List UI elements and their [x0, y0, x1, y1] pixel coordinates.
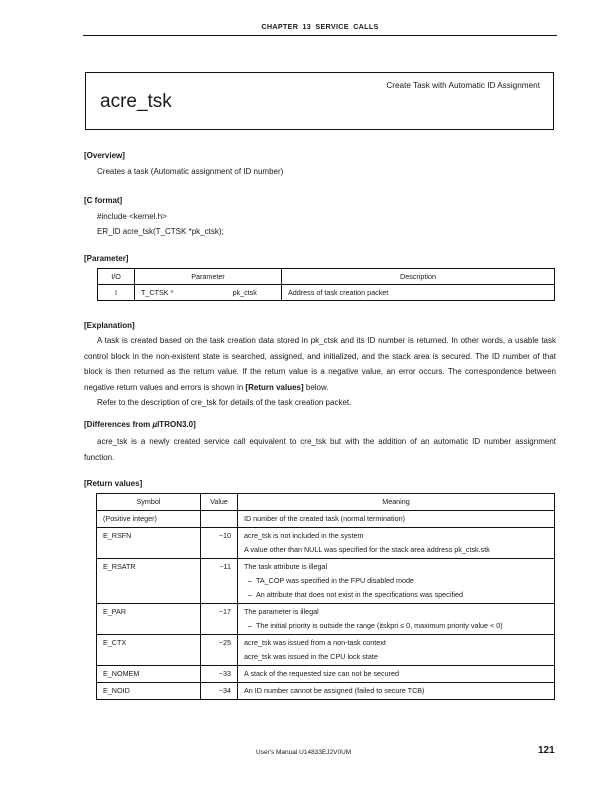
return-value: −10 [201, 528, 238, 559]
table-row: E_RSFN−10acre_tsk is not included in the… [97, 528, 555, 559]
explanation-paragraph-2: Refer to the description of cre_tsk for … [97, 395, 351, 411]
return-meaning: The task attribute is illegal– TA_COP wa… [238, 559, 555, 604]
meaning-line: acre_tsk was issued in the CPU lock stat… [244, 650, 548, 664]
differences-heading: [Differences from µITRON3.0] [84, 420, 196, 429]
return-values-heading: [Return values] [84, 479, 142, 488]
col-io: I/O [98, 269, 135, 285]
c-format-line-1: #include <kernel.h> [97, 209, 167, 225]
col-symbol: Symbol [97, 494, 201, 511]
param-type: T_CTSK * [141, 288, 173, 297]
table-row: E_PAR−17The parameter is illegal– The in… [97, 604, 555, 635]
header-rule [83, 35, 557, 36]
return-value: −17 [201, 604, 238, 635]
table-row: E_CTX−25acre_tsk was issued from a non-t… [97, 635, 555, 666]
footer-manual-id: User's Manual U14833EJ2V0UM [256, 749, 351, 756]
param-description: Address of task creation packet [282, 285, 555, 301]
meaning-line: An ID number cannot be assigned (failed … [244, 684, 548, 698]
meaning-bullet: – An attribute that does not exist in th… [244, 588, 548, 602]
return-symbol: (Positive integer) [97, 511, 201, 528]
meaning-line: A stack of the requested size can not be… [244, 667, 548, 681]
dash-bullet-icon: – [248, 576, 256, 585]
function-name: acre_tsk [100, 91, 172, 113]
return-meaning: acre_tsk was issued from a non-task cont… [238, 635, 555, 666]
meaning-bullet: – TA_COP was specified in the FPU disabl… [244, 574, 548, 588]
table-row: E_NOID−34An ID number cannot be assigned… [97, 683, 555, 700]
parameter-table-header: I/O Parameter Description [98, 269, 555, 285]
meaning-line: ID number of the created task (normal te… [244, 512, 548, 526]
return-value: −34 [201, 683, 238, 700]
explanation-paragraph-1: A task is created based on the task crea… [84, 333, 556, 395]
meaning-line: A value other than NULL was specified fo… [244, 543, 548, 557]
return-symbol: E_RSATR [97, 559, 201, 604]
return-values-table: Symbol Value Meaning (Positive integer)I… [96, 493, 555, 700]
explanation-heading: [Explanation] [84, 321, 135, 330]
meaning-line: The task attribute is illegal [244, 560, 548, 574]
return-value [201, 511, 238, 528]
parameter-table: I/O Parameter Description I T_CTSK * pk_… [97, 268, 555, 301]
return-symbol: E_PAR [97, 604, 201, 635]
return-symbol: E_NOMEM [97, 666, 201, 683]
differences-text: acre_tsk is a newly created service call… [84, 434, 556, 465]
return-symbol: E_CTX [97, 635, 201, 666]
return-meaning: The parameter is illegal– The initial pr… [238, 604, 555, 635]
return-meaning: An ID number cannot be assigned (failed … [238, 683, 555, 700]
meaning-bullet-text: The initial priority is outside the rang… [256, 621, 503, 630]
overview-heading: [Overview] [84, 151, 125, 160]
c-format-line-2: ER_ID acre_tsk(T_CTSK *pk_ctsk); [97, 224, 224, 240]
table-row: E_RSATR−11The task attribute is illegal–… [97, 559, 555, 604]
title-box: acre_tsk Create Task with Automatic ID A… [85, 72, 554, 130]
meaning-bullet: – The initial priority is outside the ra… [244, 619, 548, 633]
return-meaning: A stack of the requested size can not be… [238, 666, 555, 683]
table-row: E_NOMEM−33A stack of the requested size … [97, 666, 555, 683]
return-value: −11 [201, 559, 238, 604]
return-value: −25 [201, 635, 238, 666]
return-symbol: E_NOID [97, 683, 201, 700]
col-description: Description [282, 269, 555, 285]
overview-text: Creates a task (Automatic assignment of … [97, 164, 283, 180]
meaning-bullet-text: TA_COP was specified in the FPU disabled… [256, 576, 414, 585]
differences-heading-prefix: [Differences from [84, 420, 152, 429]
param-name: pk_ctsk [233, 285, 257, 300]
meaning-bullet-text: An attribute that does not exist in the … [256, 590, 463, 599]
return-symbol: E_RSFN [97, 528, 201, 559]
running-head: CHAPTER 13 SERVICE CALLS [83, 22, 557, 31]
c-format-heading: [C format] [84, 196, 122, 205]
meaning-line: The parameter is illegal [244, 605, 548, 619]
return-meaning: acre_tsk is not included in the systemA … [238, 528, 555, 559]
return-table-header: Symbol Value Meaning [97, 494, 555, 511]
meaning-line: acre_tsk was issued from a non-task cont… [244, 636, 548, 650]
col-value: Value [201, 494, 238, 511]
col-meaning: Meaning [238, 494, 555, 511]
function-subtitle: Create Task with Automatic ID Assignment [386, 81, 540, 90]
meaning-line: acre_tsk is not included in the system [244, 529, 548, 543]
col-parameter: Parameter [135, 269, 282, 285]
table-row: (Positive integer)ID number of the creat… [97, 511, 555, 528]
page-number: 121 [538, 745, 555, 756]
dash-bullet-icon: – [248, 590, 256, 599]
explanation-text-end: below. [304, 383, 329, 392]
return-value: −33 [201, 666, 238, 683]
parameter-heading: [Parameter] [84, 254, 128, 263]
param-cell: T_CTSK * pk_ctsk [135, 285, 282, 301]
dash-bullet-icon: – [248, 621, 256, 630]
table-row: I T_CTSK * pk_ctsk Address of task creat… [98, 285, 555, 301]
return-values-reference: [Return values] [245, 383, 303, 392]
return-table-body: (Positive integer)ID number of the creat… [97, 511, 555, 700]
return-meaning: ID number of the created task (normal te… [238, 511, 555, 528]
differences-heading-suffix: ITRON3.0] [157, 420, 196, 429]
param-io: I [98, 285, 135, 301]
